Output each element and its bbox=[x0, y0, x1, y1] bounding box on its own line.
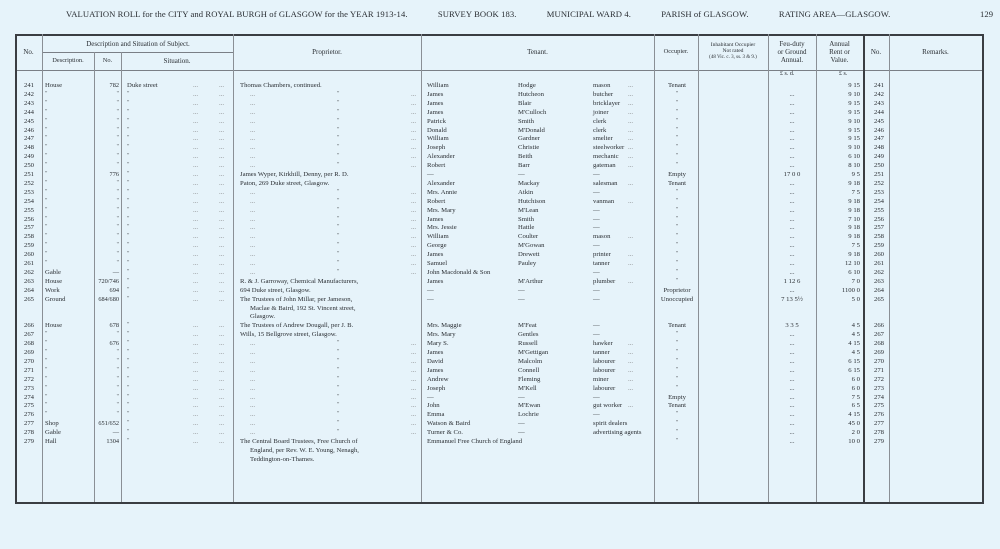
annual-rent-value: 9 18 bbox=[818, 223, 860, 232]
leader-dots: ... bbox=[193, 232, 198, 241]
proprietor: ... bbox=[250, 161, 255, 170]
leader-dots: ... bbox=[411, 117, 416, 126]
header-description-group: Description and Situation of Subject. bbox=[42, 40, 234, 48]
occupier-status: " bbox=[654, 384, 700, 393]
entry-number: 248 bbox=[17, 143, 41, 152]
tenant-surname: Mackay bbox=[518, 179, 540, 188]
table-row: 257 " " " ... ... ... Mrs. Jessie Hattle… bbox=[15, 223, 983, 232]
proprietor-ditto: " bbox=[337, 348, 339, 357]
entry-number: 250 bbox=[17, 161, 41, 170]
occupier-status: " bbox=[654, 117, 700, 126]
entry-number: 242 bbox=[17, 90, 41, 99]
tenant-first-name: Joseph bbox=[427, 143, 445, 152]
street-number: 684/680 bbox=[95, 295, 119, 304]
feu-duty-value: ... bbox=[767, 108, 817, 117]
proprietor: England, per Rev. W. E. Young, Nenagh, bbox=[250, 446, 359, 455]
leader-dots: ... bbox=[219, 161, 224, 170]
leader-dots: ... bbox=[193, 410, 198, 419]
entry-number: 278 bbox=[17, 428, 41, 437]
leader-dots: ... bbox=[219, 375, 224, 384]
situation: " bbox=[127, 410, 129, 419]
leader-dots: ... bbox=[628, 384, 633, 393]
tenant-surname: Christie bbox=[518, 143, 539, 152]
situation: " bbox=[127, 295, 129, 304]
group-header-rule bbox=[42, 52, 234, 53]
situation: " bbox=[127, 126, 129, 135]
tenant-first-name: Emmanuel Free Church of England bbox=[427, 437, 522, 446]
entry-number: 247 bbox=[17, 134, 41, 143]
feu-duty-value: ... bbox=[767, 134, 817, 143]
subject-description: " bbox=[45, 108, 47, 117]
situation: " bbox=[127, 152, 129, 161]
tenant-first-name: Donald bbox=[427, 126, 447, 135]
street-number: " bbox=[95, 223, 119, 232]
street-number: " bbox=[95, 357, 119, 366]
tenant-surname: — bbox=[518, 295, 525, 304]
leader-dots: ... bbox=[193, 366, 198, 375]
entry-number-right: 273 bbox=[866, 384, 892, 393]
tenant-occupation: — bbox=[593, 295, 600, 304]
tenant-occupation: steelworker bbox=[593, 143, 624, 152]
leader-dots: ... bbox=[219, 321, 224, 330]
proprietor-ditto: " bbox=[337, 215, 339, 224]
entry-number-right: 267 bbox=[866, 330, 892, 339]
annual-rent-value: 9 10 bbox=[818, 143, 860, 152]
table-row: 270 " " " ... ... ... David Malcolm labo… bbox=[15, 357, 983, 366]
situation: " bbox=[127, 170, 129, 179]
proprietor: ... bbox=[250, 143, 255, 152]
subject-description: " bbox=[45, 330, 47, 339]
table-row: 251 " 776 " ... ... James Wyper, Kirkhil… bbox=[15, 170, 983, 179]
entry-number: 270 bbox=[17, 357, 41, 366]
rent-units: £ s. bbox=[839, 71, 847, 77]
situation: " bbox=[127, 232, 129, 241]
tenant-surname: M'Feat bbox=[518, 321, 537, 330]
situation: " bbox=[127, 241, 129, 250]
tenant-surname: Atkin bbox=[518, 188, 533, 197]
leader-dots: ... bbox=[219, 357, 224, 366]
table-row: Teddington-on-Thames. bbox=[15, 455, 983, 464]
occupier-status: " bbox=[654, 419, 700, 428]
leader-dots: ... bbox=[219, 81, 224, 90]
tenant-first-name: Mrs. Annie bbox=[427, 188, 457, 197]
proprietor-ditto: " bbox=[337, 384, 339, 393]
tenant-first-name: Emma bbox=[427, 410, 444, 419]
tenant-occupation: labourer bbox=[593, 366, 615, 375]
leader-dots: ... bbox=[411, 108, 416, 117]
tenant-first-name: William bbox=[427, 134, 449, 143]
table-row: 241 House 782 Duke street ... ... Thomas… bbox=[15, 81, 983, 90]
leader-dots: ... bbox=[219, 134, 224, 143]
leader-dots: ... bbox=[193, 170, 198, 179]
occupier-status: " bbox=[654, 188, 700, 197]
tenant-first-name: George bbox=[427, 241, 447, 250]
street-number: 1304 bbox=[95, 437, 119, 446]
tenant-occupation: labourer bbox=[593, 384, 615, 393]
subject-description: " bbox=[45, 384, 47, 393]
roll-title: VALUATION ROLL for the CITY and ROYAL BU… bbox=[66, 9, 408, 19]
leader-dots: ... bbox=[193, 99, 198, 108]
table-row: 268 " 676 " ... ... ... Mary S. Russell … bbox=[15, 339, 983, 348]
tenant-surname: Hodge bbox=[518, 81, 536, 90]
situation: " bbox=[127, 339, 129, 348]
proprietor: ... bbox=[250, 401, 255, 410]
situation: " bbox=[127, 384, 129, 393]
situation: " bbox=[127, 330, 129, 339]
tenant-occupation: salesman bbox=[593, 179, 618, 188]
table-row: 256 " " " ... ... ... James Smith — " ..… bbox=[15, 215, 983, 224]
situation: " bbox=[127, 179, 129, 188]
occupier-status: Tenant bbox=[654, 321, 700, 330]
subject-description: " bbox=[45, 99, 47, 108]
situation: " bbox=[127, 206, 129, 215]
table-row: 255 " " " ... ... ... Mrs. Mary M'Lean —… bbox=[15, 206, 983, 215]
leader-dots: ... bbox=[411, 268, 416, 277]
table-row: 264 Work 694 " ... ... 694 Duke street, … bbox=[15, 286, 983, 295]
occupier-status: " bbox=[654, 277, 700, 286]
feu-duty-value: ... bbox=[767, 143, 817, 152]
situation: " bbox=[127, 99, 129, 108]
proprietor: ... bbox=[250, 90, 255, 99]
tenant-surname: Beith bbox=[518, 152, 533, 161]
entry-number-right: 277 bbox=[866, 419, 892, 428]
header-remarks: Remarks. bbox=[889, 48, 982, 56]
entry-number-right: 250 bbox=[866, 161, 892, 170]
tenant-surname: — bbox=[518, 170, 525, 179]
leader-dots: ... bbox=[411, 215, 416, 224]
annual-rent-value: 9 18 bbox=[818, 250, 860, 259]
tenant-surname: M'Gowan bbox=[518, 241, 544, 250]
leader-dots: ... bbox=[628, 348, 633, 357]
proprietor: ... bbox=[250, 206, 255, 215]
proprietor: ... bbox=[250, 366, 255, 375]
leader-dots: ... bbox=[628, 81, 633, 90]
tenant-occupation: tanner bbox=[593, 259, 610, 268]
annual-rent-value: 9 15 bbox=[818, 108, 860, 117]
entry-number-right: 262 bbox=[866, 268, 892, 277]
survey-book: SURVEY BOOK 183. bbox=[438, 9, 517, 19]
entry-number-right: 266 bbox=[866, 321, 892, 330]
subject-description: " bbox=[45, 339, 47, 348]
leader-dots: ... bbox=[628, 161, 633, 170]
tenant-first-name: — bbox=[427, 393, 434, 402]
tenant-surname: Drewett bbox=[518, 250, 540, 259]
page-number: 129 bbox=[980, 9, 993, 19]
proprietor-ditto: " bbox=[337, 401, 339, 410]
situation: " bbox=[127, 143, 129, 152]
proprietor-ditto: " bbox=[337, 161, 339, 170]
entry-number-right: 263 bbox=[866, 277, 892, 286]
tenant-first-name: James bbox=[427, 99, 443, 108]
proprietor: The Trustees of John Millar, per Jameson… bbox=[240, 295, 352, 304]
occupier-status: " bbox=[654, 268, 700, 277]
annual-rent-value: 9 10 bbox=[818, 117, 860, 126]
tenant-first-name: Robert bbox=[427, 161, 445, 170]
proprietor: ... bbox=[250, 259, 255, 268]
proprietor: ... bbox=[250, 108, 255, 117]
entry-number-right: 252 bbox=[866, 179, 892, 188]
leader-dots: ... bbox=[411, 126, 416, 135]
entry-number: 271 bbox=[17, 366, 41, 375]
proprietor-ditto: " bbox=[337, 375, 339, 384]
feu-duty-value: ... bbox=[767, 197, 817, 206]
feu-duty-value: ... bbox=[767, 250, 817, 259]
leader-dots: ... bbox=[193, 428, 198, 437]
entry-number: 265 bbox=[17, 295, 41, 304]
annual-rent-value: 5 0 bbox=[818, 295, 860, 304]
tenant-occupation: hawker bbox=[593, 339, 613, 348]
feu-duty-value: ... bbox=[767, 152, 817, 161]
entry-number-right: 259 bbox=[866, 241, 892, 250]
occupier-status: " bbox=[654, 410, 700, 419]
situation: " bbox=[127, 188, 129, 197]
leader-dots: ... bbox=[193, 161, 198, 170]
street-number: — bbox=[95, 428, 119, 437]
proprietor: ... bbox=[250, 393, 255, 402]
leader-dots: ... bbox=[219, 206, 224, 215]
entry-number-right: 272 bbox=[866, 375, 892, 384]
table-bottom-rule bbox=[15, 502, 983, 504]
tenant-occupation: mechanic bbox=[593, 152, 619, 161]
leader-dots: ... bbox=[628, 99, 633, 108]
leader-dots: ... bbox=[219, 259, 224, 268]
proprietor: ... bbox=[250, 188, 255, 197]
subject-description: " bbox=[45, 375, 47, 384]
leader-dots: ... bbox=[219, 99, 224, 108]
leader-dots: ... bbox=[628, 259, 633, 268]
entry-number-right: 264 bbox=[866, 286, 892, 295]
subject-description: Ground bbox=[45, 295, 65, 304]
subject-description: " bbox=[45, 357, 47, 366]
proprietor-ditto: " bbox=[337, 134, 339, 143]
tenant-surname: Smith bbox=[518, 215, 534, 224]
leader-dots: ... bbox=[411, 375, 416, 384]
leader-dots: ... bbox=[628, 143, 633, 152]
tenant-occupation: joiner bbox=[593, 108, 609, 117]
annual-rent-value: 4 5 bbox=[818, 348, 860, 357]
entry-number-right: 275 bbox=[866, 401, 892, 410]
leader-dots: ... bbox=[628, 197, 633, 206]
leader-dots: ... bbox=[411, 366, 416, 375]
leader-dots: ... bbox=[411, 357, 416, 366]
entry-number-right: 244 bbox=[866, 108, 892, 117]
tenant-first-name: James bbox=[427, 348, 443, 357]
feu-duty-value: 1 12 6 bbox=[767, 277, 817, 286]
entry-number: 275 bbox=[17, 401, 41, 410]
street-number: 782 bbox=[95, 81, 119, 90]
tenant-first-name: James bbox=[427, 108, 443, 117]
annual-rent-value: 4 15 bbox=[818, 339, 860, 348]
leader-dots: ... bbox=[219, 410, 224, 419]
tenant-occupation: miner bbox=[593, 375, 609, 384]
proprietor: Wills, 15 Bellgrove street, Glasgow. bbox=[240, 330, 337, 339]
leader-dots: ... bbox=[628, 250, 633, 259]
table-row: 249 " " " ... ... ... Alexander Beith me… bbox=[15, 152, 983, 161]
header-feu-line2: or Ground bbox=[768, 48, 816, 56]
situation: " bbox=[127, 428, 129, 437]
subject-description: " bbox=[45, 117, 47, 126]
feu-duty-value: 7 13 5½ bbox=[767, 295, 817, 304]
entry-number: 279 bbox=[17, 437, 41, 446]
leader-dots: ... bbox=[411, 250, 416, 259]
proprietor: ... bbox=[250, 419, 255, 428]
proprietor: ... bbox=[250, 223, 255, 232]
leader-dots: ... bbox=[193, 401, 198, 410]
occupier-status: " bbox=[654, 161, 700, 170]
header-number: No. bbox=[94, 57, 121, 65]
annual-rent-value: 6 15 bbox=[818, 366, 860, 375]
street-number: " bbox=[95, 161, 119, 170]
tenant-occupation: spirit dealers bbox=[593, 419, 627, 428]
leader-dots: ... bbox=[411, 188, 416, 197]
proprietor: ... bbox=[250, 250, 255, 259]
leader-dots: ... bbox=[411, 90, 416, 99]
street-number: " bbox=[95, 232, 119, 241]
street-number: " bbox=[95, 117, 119, 126]
leader-dots: ... bbox=[411, 348, 416, 357]
street-number: 678 bbox=[95, 321, 119, 330]
tenant-surname: Lochrie bbox=[518, 410, 539, 419]
tenant-surname: Gardner bbox=[518, 134, 540, 143]
table-row: 247 " " " ... ... ... William Gardner sm… bbox=[15, 134, 983, 143]
occupier-status: " bbox=[654, 357, 700, 366]
leader-dots: ... bbox=[193, 81, 198, 90]
entry-number: 260 bbox=[17, 250, 41, 259]
situation: " bbox=[127, 366, 129, 375]
feu-units: £ s. d. bbox=[780, 71, 794, 77]
street-number: " bbox=[95, 250, 119, 259]
tenant-occupation: gateman bbox=[593, 161, 616, 170]
table-row: 246 " " " ... ... ... Donald M'Donald cl… bbox=[15, 126, 983, 135]
annual-rent-value: 9 15 bbox=[818, 81, 860, 90]
tenant-surname: M'Ewan bbox=[518, 401, 540, 410]
occupier-status: Tenant bbox=[654, 179, 700, 188]
leader-dots: ... bbox=[193, 179, 198, 188]
entry-number-right: 247 bbox=[866, 134, 892, 143]
street-number: " bbox=[95, 126, 119, 135]
situation: " bbox=[127, 375, 129, 384]
leader-dots: ... bbox=[193, 419, 198, 428]
feu-duty-value: ... bbox=[767, 241, 817, 250]
feu-duty-value: ... bbox=[767, 126, 817, 135]
leader-dots: ... bbox=[411, 143, 416, 152]
table-row: 275 " " " ... ... ... John M'Ewan gut wo… bbox=[15, 401, 983, 410]
feu-duty-value: ... bbox=[767, 99, 817, 108]
street-number: " bbox=[95, 152, 119, 161]
leader-dots: ... bbox=[219, 366, 224, 375]
annual-rent-value: 2 0 bbox=[818, 428, 860, 437]
proprietor: ... bbox=[250, 197, 255, 206]
tenant-occupation: mason bbox=[593, 81, 610, 90]
feu-duty-value: ... bbox=[767, 223, 817, 232]
tenant-occupation: — bbox=[593, 215, 600, 224]
annual-rent-value: 9 18 bbox=[818, 197, 860, 206]
annual-rent-value: 6 10 bbox=[818, 268, 860, 277]
entry-number-right: 246 bbox=[866, 126, 892, 135]
leader-dots: ... bbox=[628, 357, 633, 366]
annual-rent-value: 9 18 bbox=[818, 179, 860, 188]
leader-dots: ... bbox=[193, 268, 198, 277]
occupier-status: " bbox=[654, 232, 700, 241]
street-number: " bbox=[95, 401, 119, 410]
header-bottom-rule bbox=[15, 70, 983, 71]
entry-number: 252 bbox=[17, 179, 41, 188]
entry-number: 272 bbox=[17, 375, 41, 384]
tenant-occupation: tanner bbox=[593, 348, 610, 357]
proprietor: ... bbox=[250, 348, 255, 357]
subject-description: " bbox=[45, 223, 47, 232]
occupier-status: " bbox=[654, 437, 700, 446]
proprietor-ditto: " bbox=[337, 188, 339, 197]
feu-duty-value: ... bbox=[767, 330, 817, 339]
street-number: — bbox=[95, 268, 119, 277]
occupier-status: " bbox=[654, 126, 700, 135]
leader-dots: ... bbox=[628, 126, 633, 135]
tenant-occupation: — bbox=[593, 223, 600, 232]
street-number: " bbox=[95, 188, 119, 197]
proprietor: James Wyper, Kirkhill, Denny, per R. D. bbox=[240, 170, 349, 179]
proprietor: The Trustees of Andrew Dougall, per J. B… bbox=[240, 321, 353, 330]
leader-dots: ... bbox=[193, 277, 198, 286]
tenant-surname: Coulter bbox=[518, 232, 538, 241]
table-row: 276 " " " ... ... ... Emma Lochrie — " .… bbox=[15, 410, 983, 419]
situation: " bbox=[127, 348, 129, 357]
leader-dots: ... bbox=[628, 375, 633, 384]
header-tenant: Tenant. bbox=[421, 48, 654, 56]
header-annual-rent: Annual Rent or Value. bbox=[816, 40, 863, 64]
entry-number: 276 bbox=[17, 410, 41, 419]
leader-dots: ... bbox=[628, 232, 633, 241]
leader-dots: ... bbox=[193, 357, 198, 366]
proprietor-ditto: " bbox=[337, 428, 339, 437]
table-row: 271 " " " ... ... ... James Connell labo… bbox=[15, 366, 983, 375]
street-number: 776 bbox=[95, 170, 119, 179]
leader-dots: ... bbox=[219, 384, 224, 393]
feu-duty-value: ... bbox=[767, 286, 817, 295]
leader-dots: ... bbox=[219, 117, 224, 126]
proprietor-ditto: " bbox=[337, 339, 339, 348]
tenant-occupation: — bbox=[593, 170, 600, 179]
annual-rent-value: 4 5 bbox=[818, 330, 860, 339]
proprietor: ... bbox=[250, 134, 255, 143]
tenant-first-name: James bbox=[427, 277, 443, 286]
proprietor-ditto: " bbox=[337, 357, 339, 366]
subject-description: " bbox=[45, 401, 47, 410]
proprietor: ... bbox=[250, 215, 255, 224]
table-row: 248 " " " ... ... ... Joseph Christie st… bbox=[15, 143, 983, 152]
entry-number: 269 bbox=[17, 348, 41, 357]
entry-number: 264 bbox=[17, 286, 41, 295]
subject-description: " bbox=[45, 134, 47, 143]
leader-dots: ... bbox=[193, 117, 198, 126]
leader-dots: ... bbox=[219, 215, 224, 224]
tenant-occupation: — bbox=[593, 241, 600, 250]
subject-description: " bbox=[45, 179, 47, 188]
tenant-first-name: Joseph bbox=[427, 384, 445, 393]
leader-dots: ... bbox=[628, 90, 633, 99]
subject-description: " bbox=[45, 152, 47, 161]
annual-rent-value: 7 0 bbox=[818, 277, 860, 286]
entry-number-right: 245 bbox=[866, 117, 892, 126]
feu-duty-value: ... bbox=[767, 375, 817, 384]
tenant-first-name: Mrs. Maggie bbox=[427, 321, 462, 330]
table-row: 274 " " " ... ... ... — — — Empty ... 7 … bbox=[15, 393, 983, 402]
feu-duty-value: ... bbox=[767, 90, 817, 99]
proprietor: ... bbox=[250, 268, 255, 277]
subject-description: " bbox=[45, 259, 47, 268]
tenant-first-name: Andrew bbox=[427, 375, 449, 384]
annual-rent-value: 9 18 bbox=[818, 232, 860, 241]
